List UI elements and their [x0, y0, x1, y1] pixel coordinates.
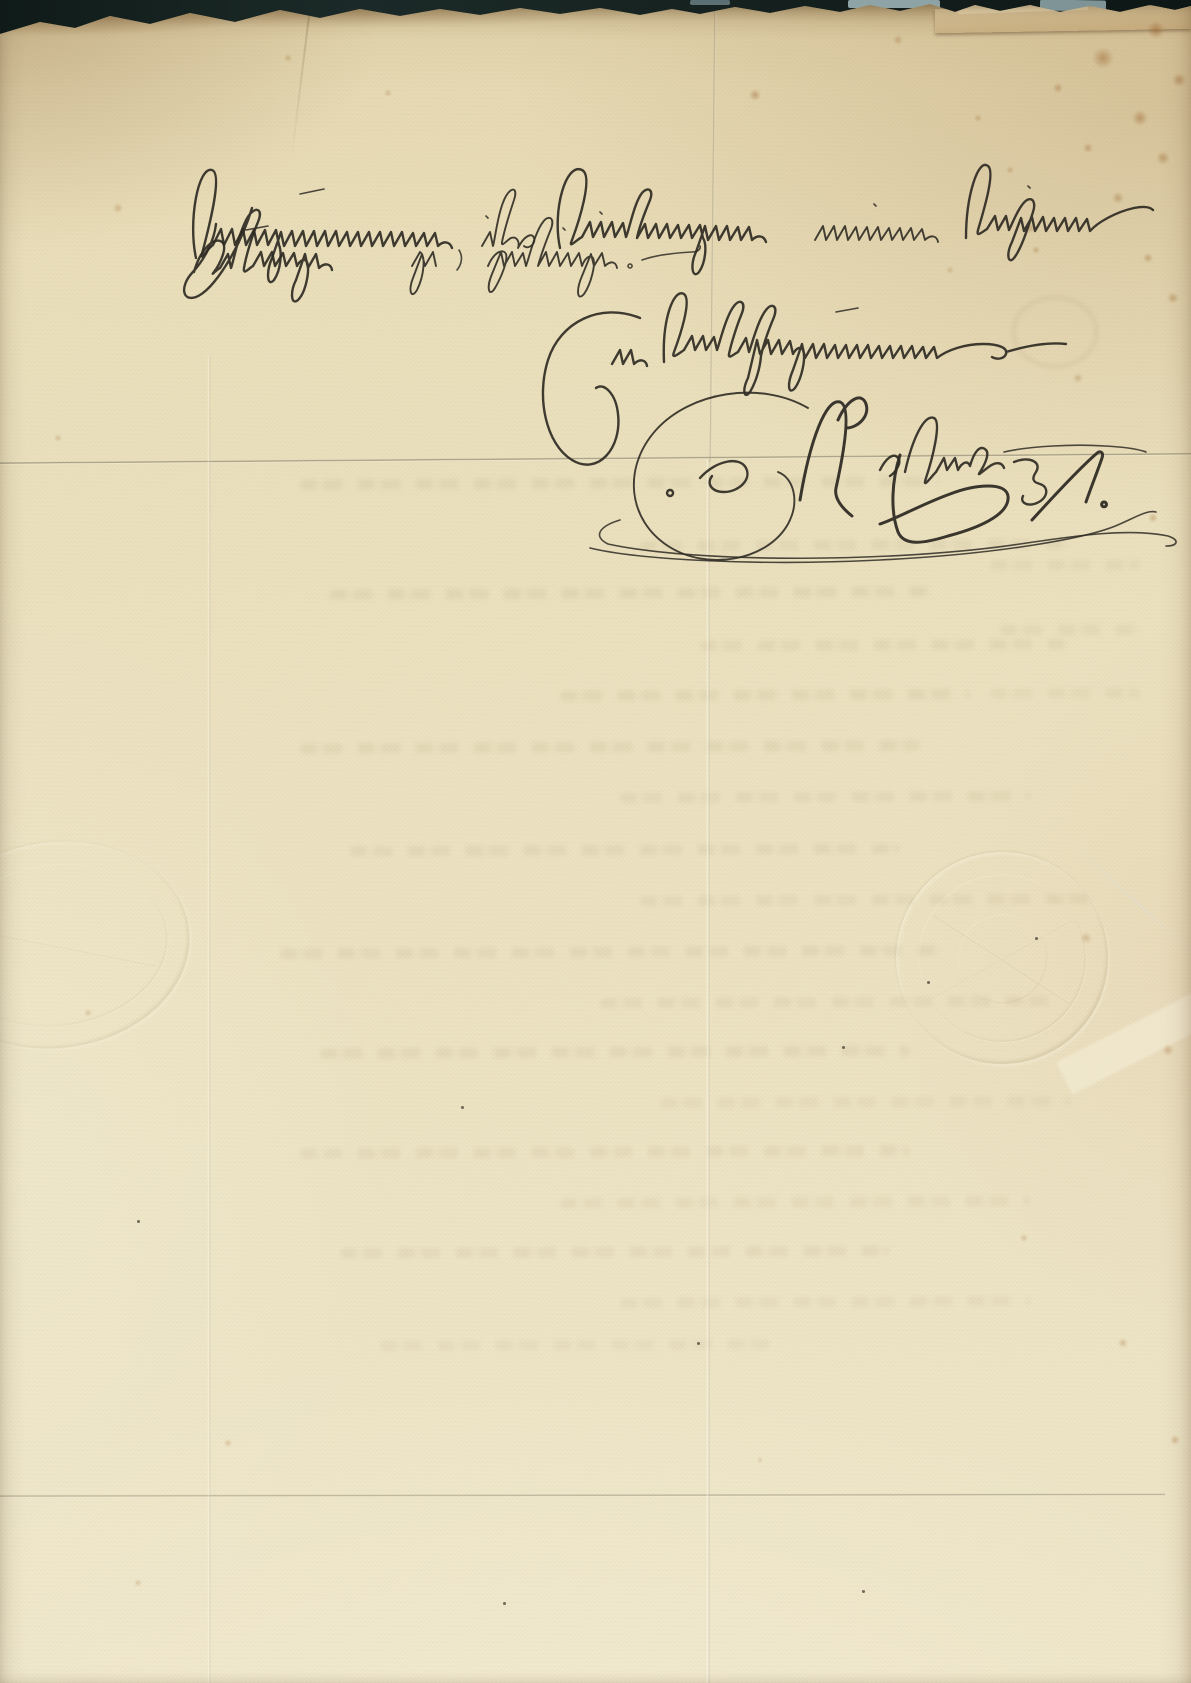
scanner-background-object [690, 0, 730, 5]
transcript-signature: Alb. Spatter [620, 430, 1140, 465]
transcript-closing: Der Landshauptmann [545, 315, 1085, 350]
scanned-letter-page: Hauptmann, die Versicherung meiner beson… [0, 0, 1191, 1683]
signature [590, 393, 1176, 563]
transcript-body-line-2: Achtung zu genehmigen. [190, 230, 710, 265]
paper-sheet: Hauptmann, die Versicherung meiner beson… [0, 0, 1191, 1683]
transcript-body-line-1: Hauptmann, die Versicherung meiner beson… [190, 160, 1155, 195]
